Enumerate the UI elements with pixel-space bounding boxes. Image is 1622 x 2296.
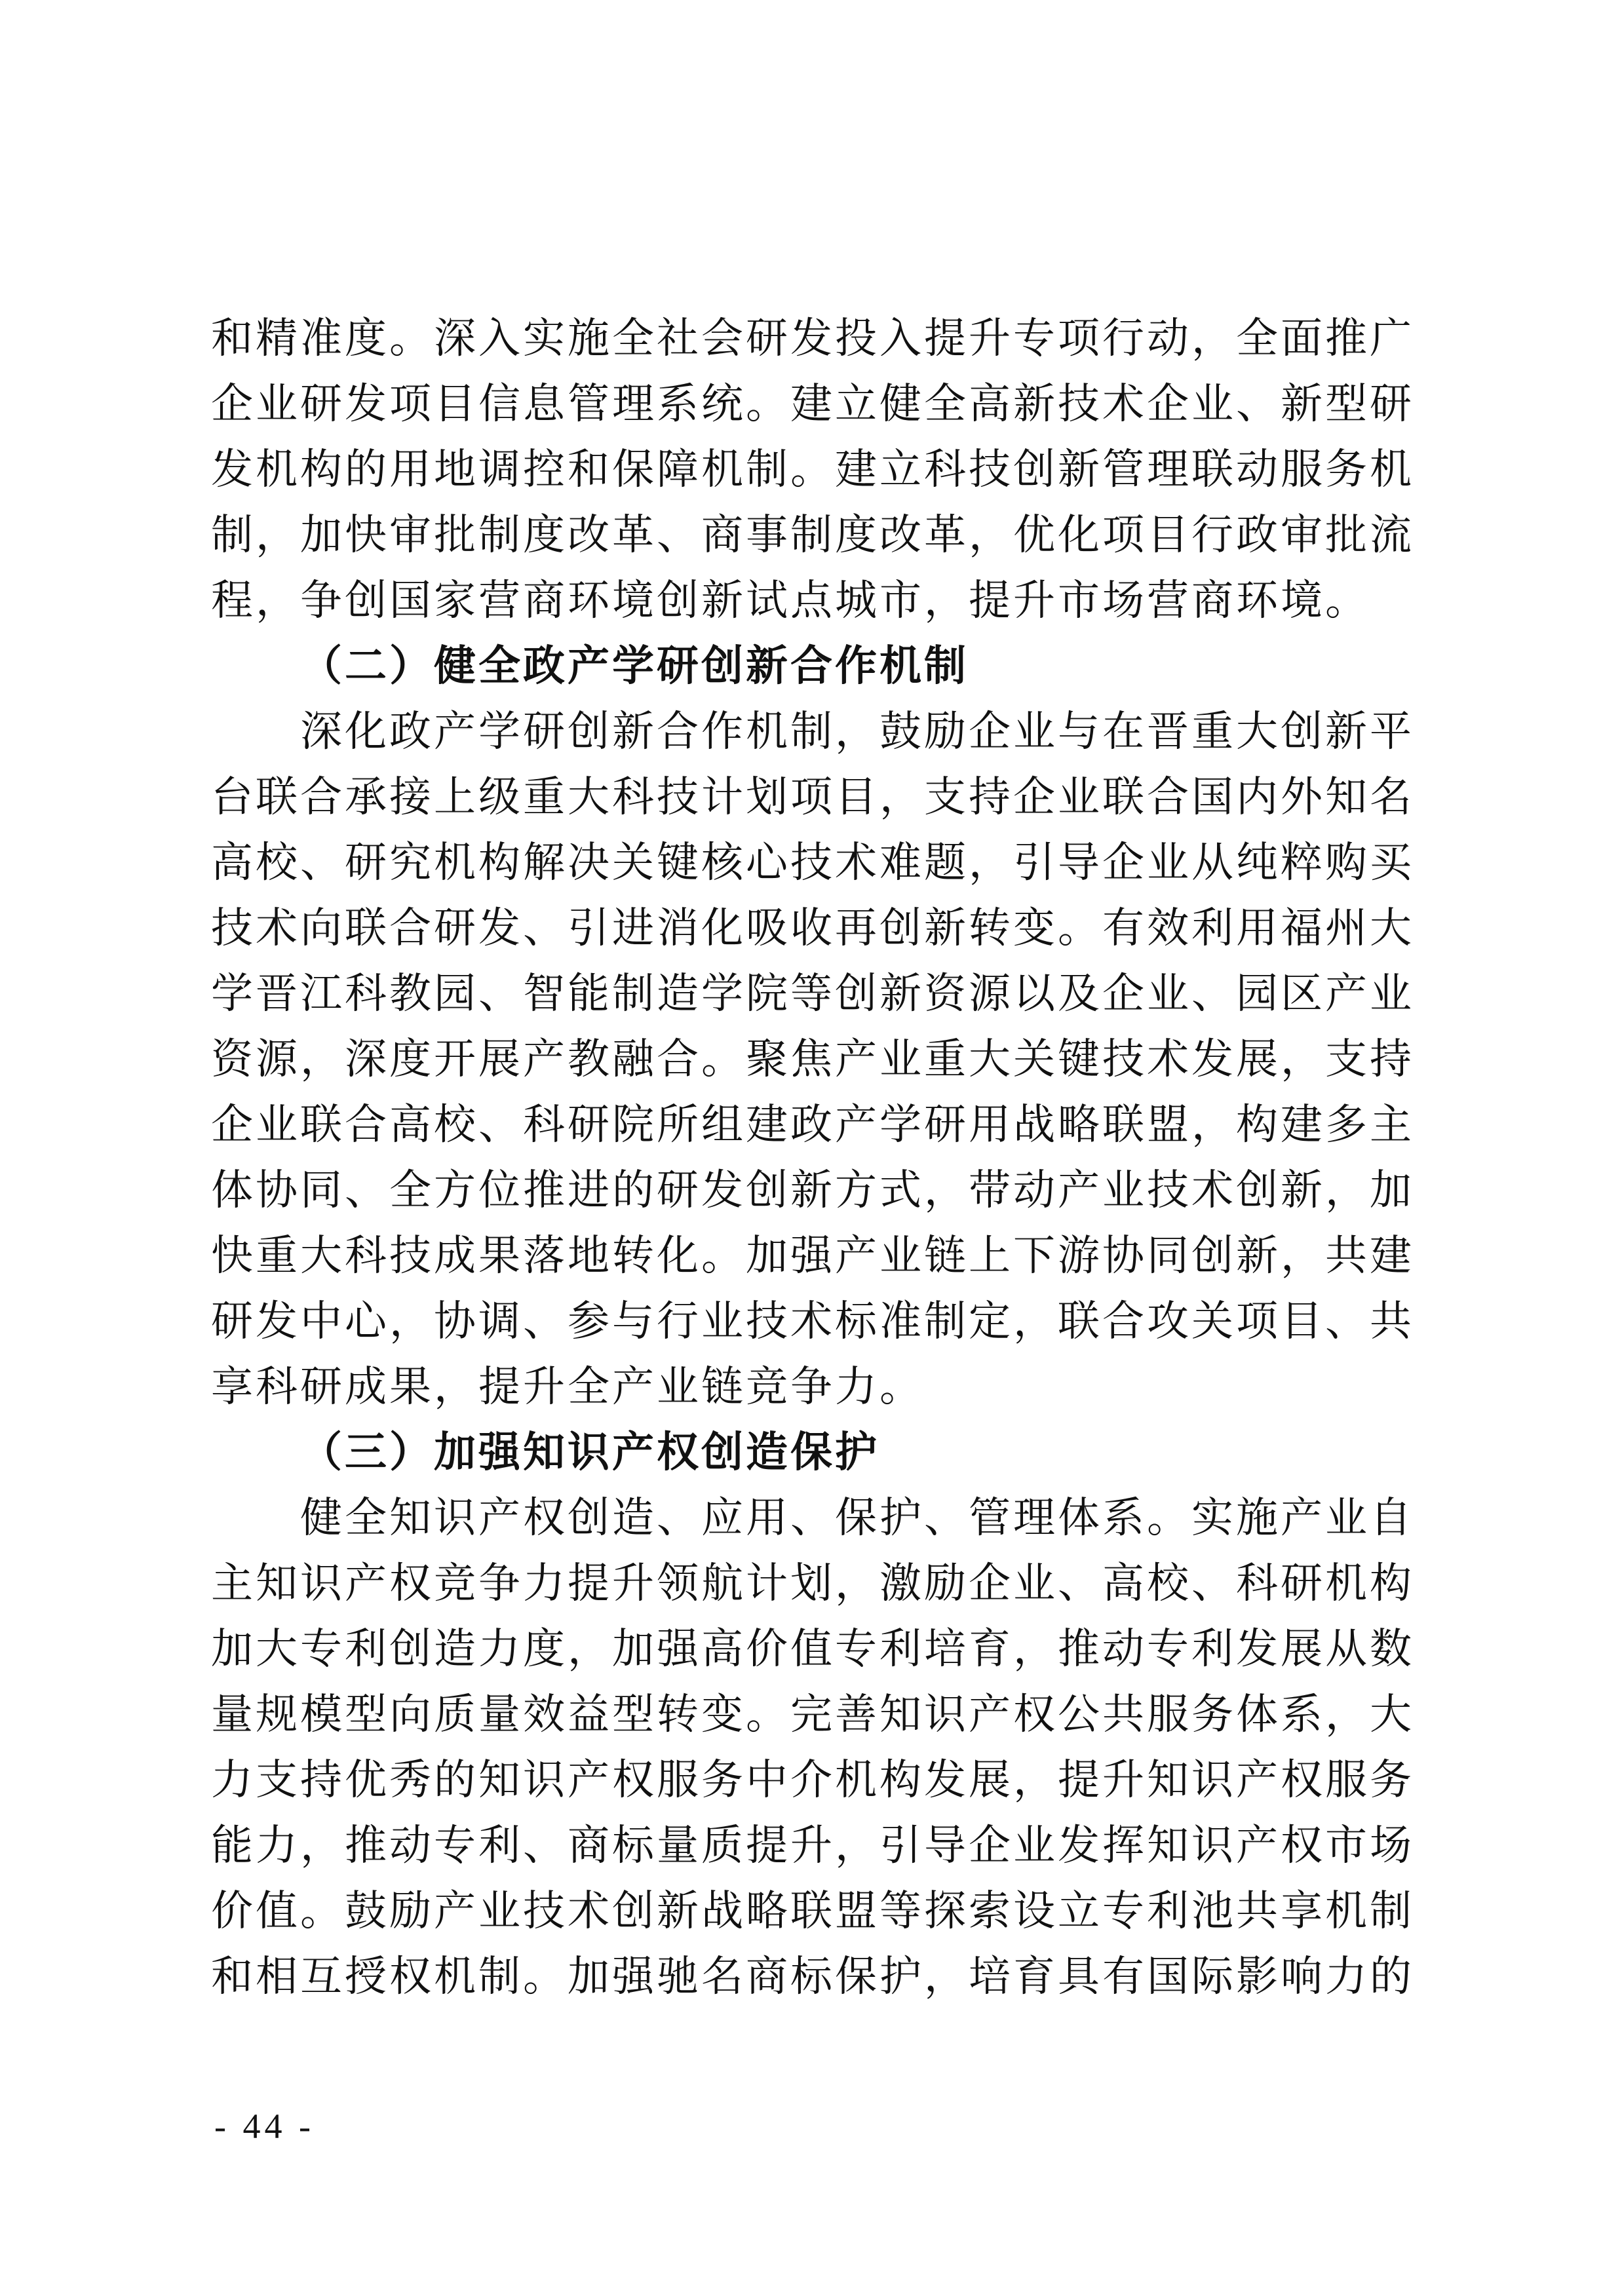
- body-text-line: 和精准度。深入实施全社会研发投入提升专项行动，全面推广: [211, 306, 1414, 372]
- section-heading: （三）加强知识产权创造保护: [211, 1420, 1414, 1485]
- body-text-line: 企业研发项目信息管理系统。建立健全高新技术企业、新型研: [211, 372, 1414, 437]
- body-text-line: 主知识产权竞争力提升领航计划，激励企业、高校、科研机构: [211, 1551, 1414, 1617]
- body-text-line: 力支持优秀的知识产权服务中介机构发展，提升知识产权服务: [211, 1748, 1414, 1813]
- body-text-line: 和相互授权机制。加强驰名商标保护，培育具有国际影响力的: [211, 1944, 1414, 2010]
- body-text-line: 企业联合高校、科研院所组建政产学研用战略联盟，构建多主: [211, 1092, 1414, 1158]
- document-body: 和精准度。深入实施全社会研发投入提升专项行动，全面推广企业研发项目信息管理系统。…: [211, 306, 1414, 2010]
- section-heading: （二）健全政产学研创新合作机制: [211, 634, 1414, 699]
- document-page: 和精准度。深入实施全社会研发投入提升专项行动，全面推广企业研发项目信息管理系统。…: [0, 0, 1622, 2296]
- body-text-line: 健全知识产权创造、应用、保护、管理体系。实施产业自: [211, 1485, 1414, 1551]
- body-text-line: 体协同、全方位推进的研发创新方式，带动产业技术创新，加: [211, 1158, 1414, 1223]
- body-text-line: 能力，推动专利、商标量质提升，引导企业发挥知识产权市场: [211, 1813, 1414, 1879]
- body-text-line: 量规模型向质量效益型转变。完善知识产权公共服务体系，大: [211, 1682, 1414, 1748]
- body-text-line: 价值。鼓励产业技术创新战略联盟等探索设立专利池共享机制: [211, 1879, 1414, 1944]
- page-number: - 44 -: [214, 2100, 315, 2152]
- body-text-line: 学晋江科教园、智能制造学院等创新资源以及企业、园区产业: [211, 961, 1414, 1027]
- body-text-line: 制，加快审批制度改革、商事制度改革，优化项目行政审批流: [211, 503, 1414, 568]
- body-text-line: 加大专利创造力度，加强高价值专利培育，推动专利发展从数: [211, 1617, 1414, 1682]
- body-text-line: 台联合承接上级重大科技计划项目，支持企业联合国内外知名: [211, 765, 1414, 830]
- body-text-line: 技术向联合研发、引进消化吸收再创新转变。有效利用福州大: [211, 896, 1414, 961]
- body-text-line: 发机构的用地调控和保障机制。建立科技创新管理联动服务机: [211, 437, 1414, 503]
- body-text-line: 享科研成果，提升全产业链竞争力。: [211, 1354, 1414, 1420]
- body-text-line: 研发中心，协调、参与行业技术标准制定，联合攻关项目、共: [211, 1289, 1414, 1354]
- body-text-line: 深化政产学研创新合作机制，鼓励企业与在晋重大创新平: [211, 699, 1414, 765]
- body-text-line: 高校、研究机构解决关键核心技术难题，引导企业从纯粹购买: [211, 830, 1414, 896]
- body-text-line: 资源，深度开展产教融合。聚焦产业重大关键技术发展，支持: [211, 1027, 1414, 1092]
- body-text-line: 程，争创国家营商环境创新试点城市，提升市场营商环境。: [211, 568, 1414, 634]
- body-text-line: 快重大科技成果落地转化。加强产业链上下游协同创新，共建: [211, 1223, 1414, 1289]
